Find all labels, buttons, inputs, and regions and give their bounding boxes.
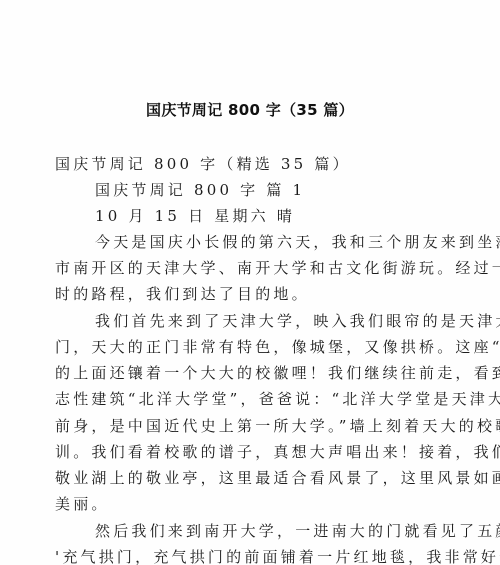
date-line: 10 月 15 日 星期六 晴	[95, 206, 500, 226]
paragraph-1-line-3: 时的路程，我们到达了目的地。	[55, 284, 475, 304]
paragraph-2-line-8: 美丽。	[55, 494, 475, 514]
paragraph-1-line-2: 市南开区的天津大学、南开大学和古文化街游玩。经过一个多小	[55, 258, 475, 278]
paragraph-2-line-2: 门，天大的正门非常有特色，像城堡，又像拱桥。这座“拱桥”	[55, 337, 475, 357]
paragraph-2-line-1: 我们首先来到了天津大学，映入我们眼帘的是天津大学的正	[95, 311, 500, 331]
document-page: 国庆节周记 800 字（35 篇） 国庆节周记 800 字（精选 35 篇） 国…	[0, 0, 500, 565]
paragraph-3-line-2: '充气拱门，充气拱门的前面铺着一片红地毯，我非常好奇，就	[55, 547, 475, 565]
paragraph-2-line-3: 的上面还镶着一个大大的校徽哩！我们继续往前走，看到一个标	[55, 363, 475, 383]
document-subtitle: 国庆节周记 800 字（精选 35 篇）	[55, 154, 475, 174]
document-title: 国庆节周记 800 字（35 篇）	[0, 99, 500, 120]
section-heading: 国庆节周记 800 字 篇 1	[95, 180, 500, 200]
paragraph-2-line-6: 训。我们看着校歌的谱子，真想大声唱出来！接着，我们来到了	[55, 442, 475, 462]
paragraph-3-line-1: 然后我们来到南开大学，一进南大的门就看见了五颜六色的	[95, 521, 500, 541]
paragraph-2-line-7: 敬业湖上的敬业亭，这里最适合看风景了，这里风景如画，非常	[55, 468, 475, 488]
paragraph-1-line-1: 今天是国庆小长假的第六天，我和三个朋友来到坐落在天津	[95, 232, 500, 252]
paragraph-2-line-5: 前身，是中国近代史上第一所大学。”墙上刻着天大的校歌和校	[55, 416, 475, 436]
paragraph-2-line-4: 志性建筑“北洋大学堂”，爸爸说：“北洋大学堂是天津大学的	[55, 389, 475, 409]
